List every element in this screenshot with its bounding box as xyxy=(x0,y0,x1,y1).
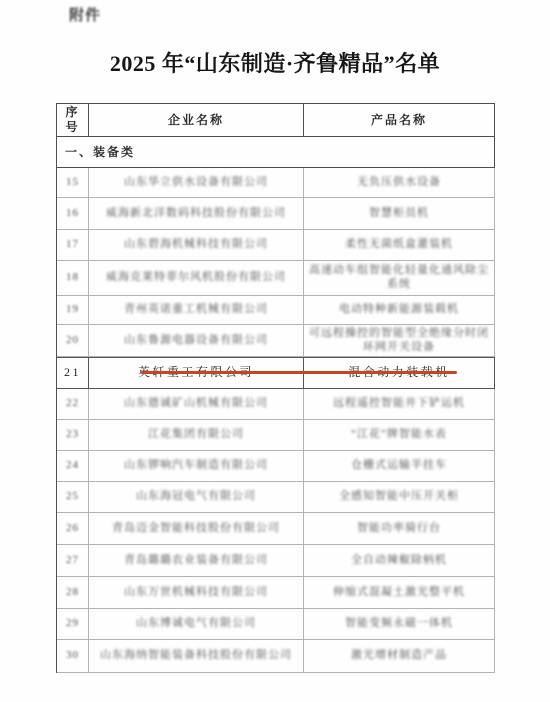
cell-company: 山东鲁源电器设备有限公司 xyxy=(89,325,304,357)
table-row: 16 威海新北洋数码科技股份有限公司 智慧柜员机 xyxy=(57,198,495,230)
cell-product: 可远程操控的智能型全绝缘分时闭环网开关设备 xyxy=(304,325,495,357)
cell-company: 山东海纳智能装备科技股份有限公司 xyxy=(89,640,304,673)
cell-company: 山东华立供水设备有限公司 xyxy=(89,168,304,198)
cell-product: “江花”牌智能水表 xyxy=(304,420,495,451)
table-row: 29 山东博诚电气有限公司 智能变频永磁一体机 xyxy=(57,609,495,640)
cell-serial: 17 xyxy=(57,230,89,261)
cell-product: 无负压供水设备 xyxy=(304,168,495,198)
document-page: 附件 2025 年“山东制造·齐鲁精品”名单 序号 企业名称 产品名称 一、装备… xyxy=(0,0,550,702)
category-row: 一、装备类 xyxy=(57,137,495,168)
cell-product: 智能变频永磁一体机 xyxy=(304,609,495,640)
cell-serial: 23 xyxy=(57,420,89,451)
cell-serial: 22 xyxy=(57,389,89,420)
cell-product: 全感知智能中压开关柜 xyxy=(304,482,495,513)
highlight-underline xyxy=(141,371,457,374)
table-row: 28 山东万世机械科技有限公司 伸缩式混凝土激光整平机 xyxy=(57,577,495,609)
cell-company: 山东德诚矿山机械有限公司 xyxy=(89,389,304,420)
cell-company: 青岛迈金智能科技股份有限公司 xyxy=(89,513,304,545)
table-row: 17 山东碧海机械科技有限公司 柔性无菌纸盒灌装机 xyxy=(57,230,495,261)
cell-company: 山东万世机械科技有限公司 xyxy=(89,577,304,609)
cell-product: 柔性无菌纸盒灌装机 xyxy=(304,230,495,261)
cell-serial: 16 xyxy=(57,198,89,230)
table-row: 15 山东华立供水设备有限公司 无负压供水设备 xyxy=(57,168,495,198)
cell-serial: 27 xyxy=(57,545,89,577)
cell-serial: 29 xyxy=(57,609,89,640)
cell-company: 山东海冠电气有限公司 xyxy=(89,482,304,513)
products-table: 序号 企业名称 产品名称 一、装备类 15 山东华立供水设备有限公司 无负压供水… xyxy=(56,103,495,673)
cell-product: 高速动车组智能化轻量化通风除尘系统 xyxy=(304,261,495,296)
cell-product: 远程遥控智能井下铲运机 xyxy=(304,389,495,420)
table-row: 20 山东鲁源电器设备有限公司 可远程操控的智能型全绝缘分时闭环网开关设备 xyxy=(57,325,495,357)
table-row: 24 山东锣响汽车制造有限公司 仓栅式运输半挂车 xyxy=(57,451,495,482)
table-row: 18 威海克莱特菲尔风机股份有限公司 高速动车组智能化轻量化通风除尘系统 xyxy=(57,261,495,296)
table-row: 27 青岛璐璐农业装备有限公司 全自动辣椒除柄机 xyxy=(57,545,495,577)
table-header-row: 序号 企业名称 产品名称 xyxy=(57,104,495,137)
cell-serial: 24 xyxy=(57,451,89,482)
attachment-label: 附件 xyxy=(69,4,101,25)
cell-serial: 28 xyxy=(57,577,89,609)
cell-serial: 15 xyxy=(57,168,89,198)
cell-company: 山东博诚电气有限公司 xyxy=(89,609,304,640)
cell-company: 威海新北洋数码科技股份有限公司 xyxy=(89,198,304,230)
header-cell-product: 产品名称 xyxy=(304,104,495,137)
cell-product: 全自动辣椒除柄机 xyxy=(304,545,495,577)
header-cell-company: 企业名称 xyxy=(89,104,304,137)
cell-product: 智慧柜员机 xyxy=(304,198,495,230)
cell-product: 伸缩式混凝土激光整平机 xyxy=(304,577,495,609)
category-label: 一、装备类 xyxy=(57,137,495,168)
cell-company: 江花集团有限公司 xyxy=(89,420,304,451)
cell-serial: 21 xyxy=(57,357,89,389)
cell-product: 激光增材制造产品 xyxy=(304,640,495,673)
cell-product: 电动特种新能源装载机 xyxy=(304,296,495,325)
cell-serial: 26 xyxy=(57,513,89,545)
table-row: 25 山东海冠电气有限公司 全感知智能中压开关柜 xyxy=(57,482,495,513)
header-cell-serial: 序号 xyxy=(57,104,89,137)
table-row: 19 青州英诺重工机械有限公司 电动特种新能源装载机 xyxy=(57,296,495,325)
document-title: 2025 年“山东制造·齐鲁精品”名单 xyxy=(0,47,550,78)
cell-serial: 30 xyxy=(57,640,89,673)
cell-serial: 25 xyxy=(57,482,89,513)
table-row: 26 青岛迈金智能科技股份有限公司 智能功率骑行台 xyxy=(57,513,495,545)
cell-company: 威海克莱特菲尔风机股份有限公司 xyxy=(89,261,304,296)
table-row: 22 山东德诚矿山机械有限公司 远程遥控智能井下铲运机 xyxy=(57,389,495,420)
cell-serial: 20 xyxy=(57,325,89,357)
cell-serial: 18 xyxy=(57,261,89,296)
cell-company: 山东锣响汽车制造有限公司 xyxy=(89,451,304,482)
products-table-wrap: 序号 企业名称 产品名称 一、装备类 15 山东华立供水设备有限公司 无负压供水… xyxy=(56,103,495,673)
cell-company: 山东碧海机械科技有限公司 xyxy=(89,230,304,261)
cell-company: 青州英诺重工机械有限公司 xyxy=(89,296,304,325)
cell-serial: 19 xyxy=(57,296,89,325)
table-row: 23 江花集团有限公司 “江花”牌智能水表 xyxy=(57,420,495,451)
cell-product: 仓栅式运输半挂车 xyxy=(304,451,495,482)
cell-company: 青岛璐璐农业装备有限公司 xyxy=(89,545,304,577)
table-row: 30 山东海纳智能装备科技股份有限公司 激光增材制造产品 xyxy=(57,640,495,673)
cell-product: 智能功率骑行台 xyxy=(304,513,495,545)
